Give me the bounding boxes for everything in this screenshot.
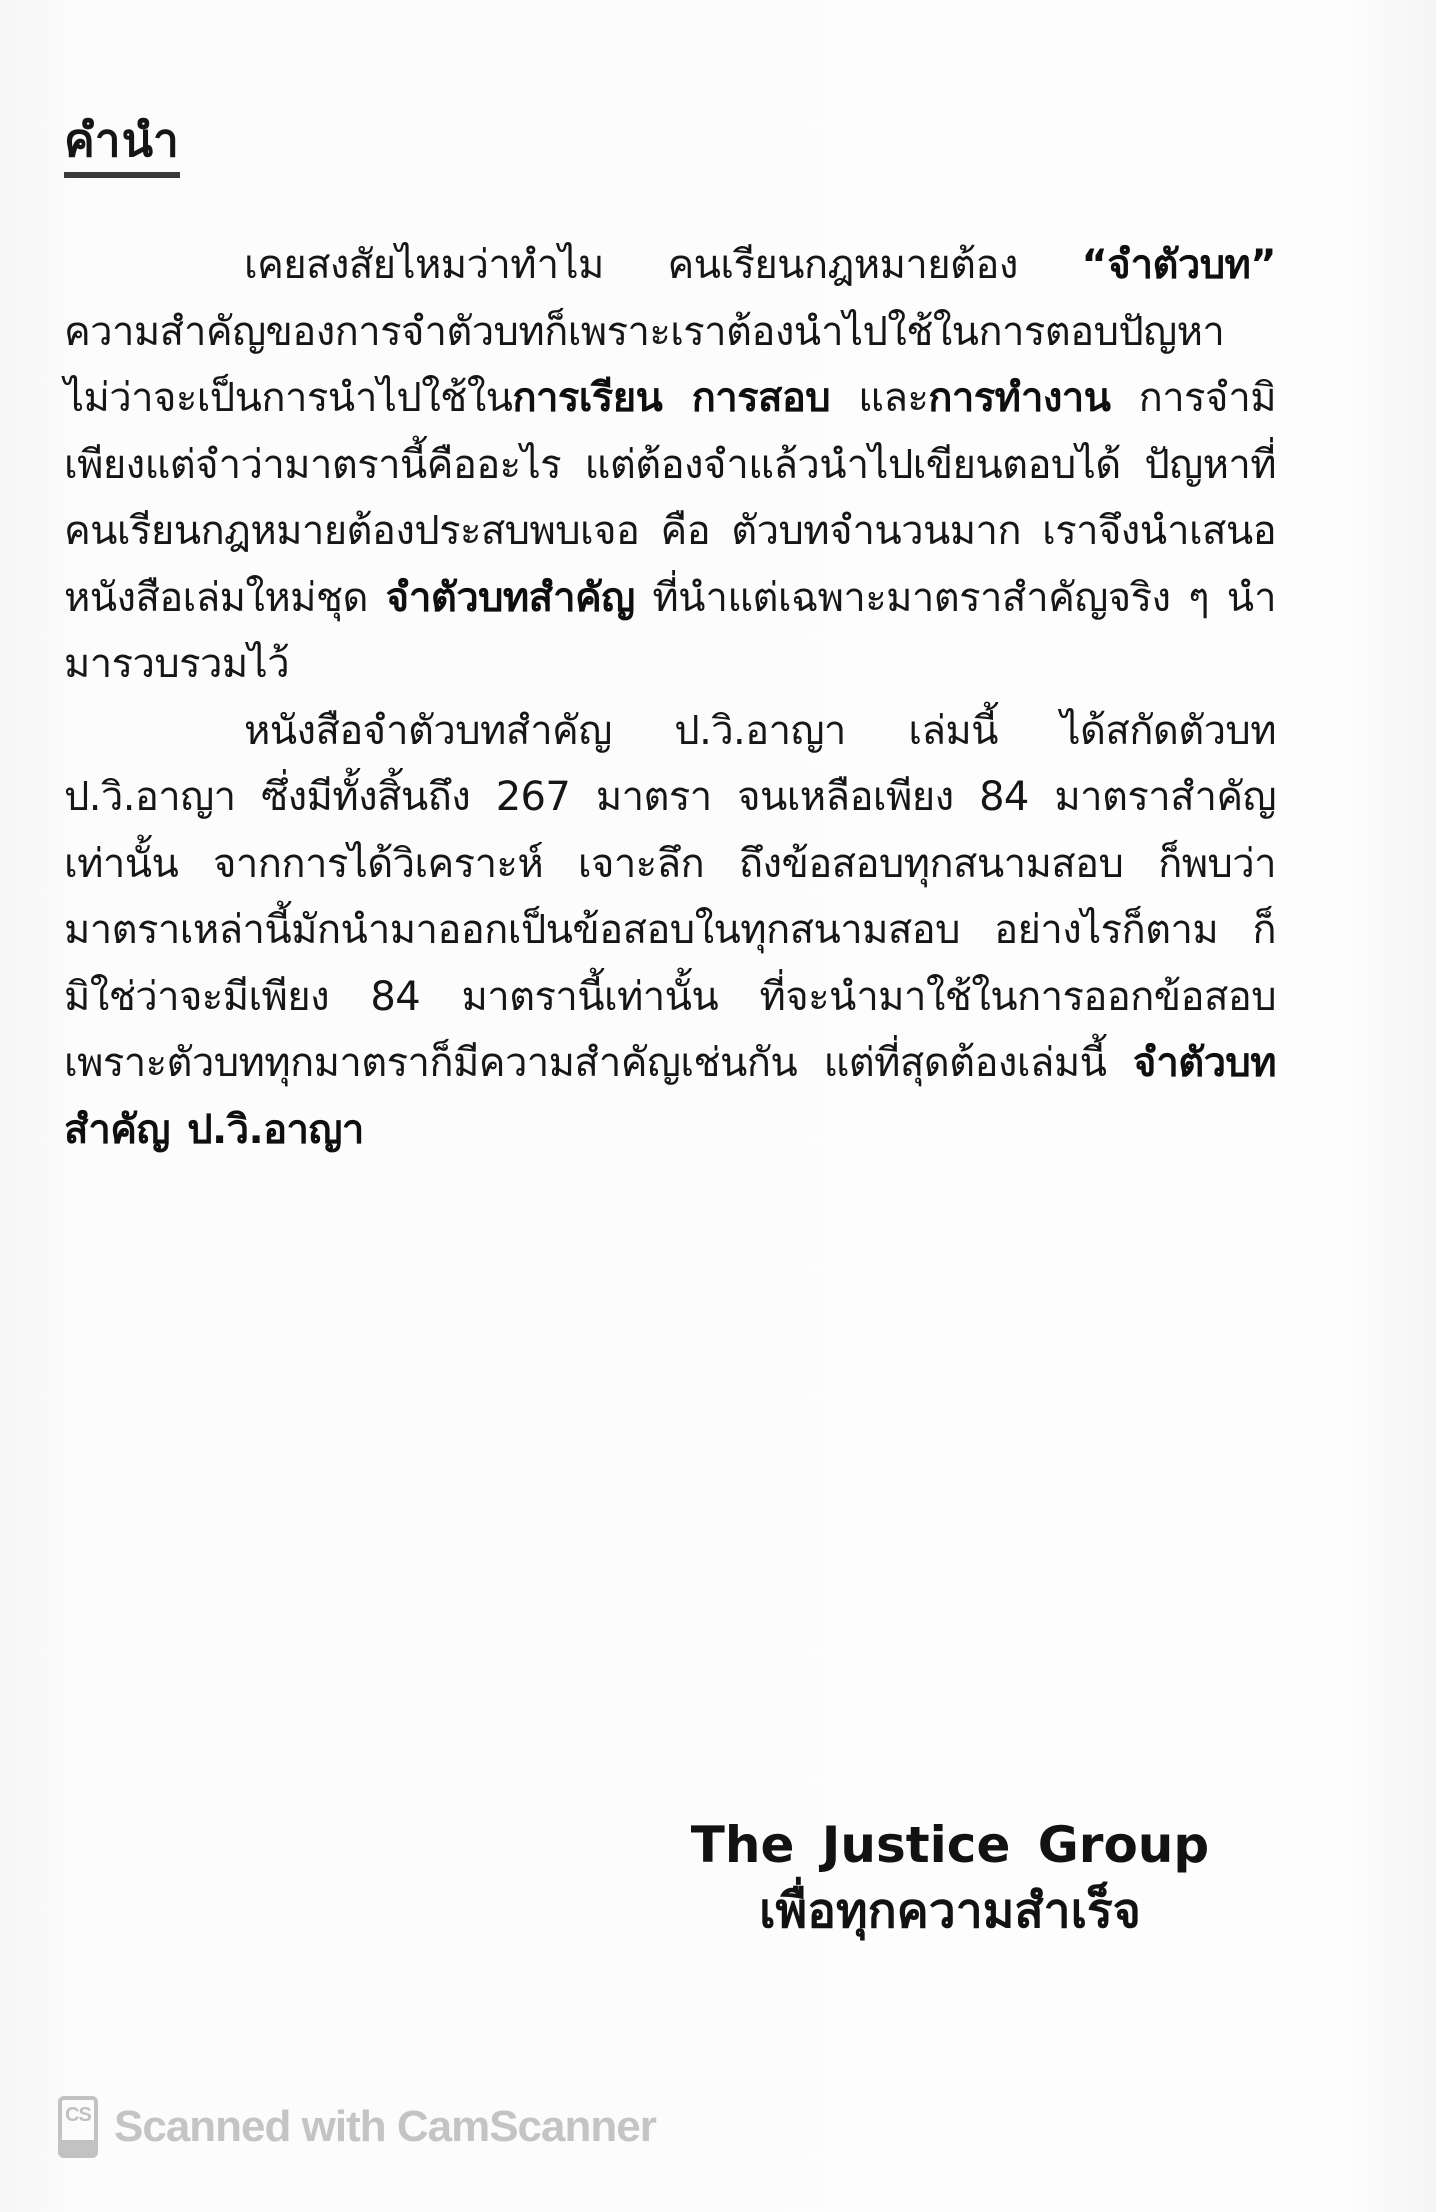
bold-segment: จำตัวบทสำคัญ: [386, 575, 635, 621]
paragraph-1: เคยสงสัยไหมว่าทำไม คนเรียนกฎหมายต้อง “จำ…: [64, 232, 1276, 698]
camscanner-watermark: CS Scanned with CamScanner: [58, 2096, 656, 2158]
signature-tagline: เพื่อทุกความสำเร็จ: [680, 1878, 1220, 1944]
watermark-text: Scanned with CamScanner: [114, 2102, 656, 2152]
foreword-body: เคยสงสัยไหมว่าทำไม คนเรียนกฎหมายต้อง “จำ…: [64, 232, 1276, 1163]
signature-organization: The Justice Group: [680, 1812, 1220, 1878]
bold-segment: “จำตัวบท”: [1082, 242, 1276, 288]
text-segment: และ: [830, 375, 928, 421]
logo-bar: [58, 2140, 98, 2158]
signature-block: The Justice Group เพื่อทุกความสำเร็จ: [680, 1812, 1220, 1944]
page-heading: คำนำ: [64, 112, 180, 178]
paragraph-2: หนังสือจำตัวบทสำคัญ ป.วิ.อาญา เล่มนี้ ได…: [64, 698, 1276, 1164]
camscanner-logo-icon: CS: [58, 2096, 98, 2158]
bold-segment: การเรียน การสอบ: [512, 375, 830, 421]
text-segment: หนังสือจำตัวบทสำคัญ ป.วิ.อาญา เล่มนี้ ได…: [64, 708, 1276, 1087]
scanned-page: คำนำ เคยสงสัยไหมว่าทำไม คนเรียนกฎหมายต้อ…: [0, 0, 1436, 2212]
bold-segment: การทำงาน: [928, 375, 1110, 421]
logo-text: CS: [62, 2104, 94, 2127]
text-segment: เคยสงสัยไหมว่าทำไม คนเรียนกฎหมายต้อง: [244, 242, 1082, 288]
